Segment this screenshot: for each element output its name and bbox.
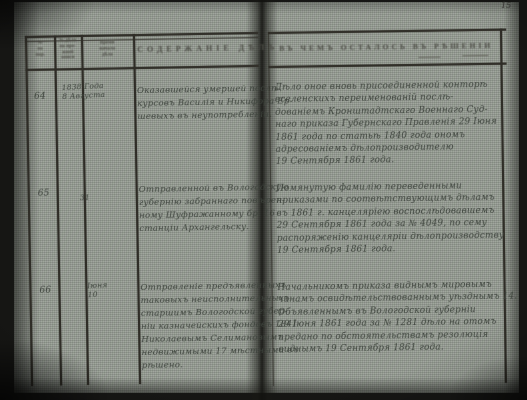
header-sub-mark bbox=[418, 52, 440, 58]
document-photo: 15 №попор. № дѣлапо пре-жнейописи Времян… bbox=[0, 0, 527, 400]
text-line: описи bbox=[55, 55, 80, 61]
entry-resolution: Дѣло оное вновь присоединенной конторѣвс… bbox=[275, 79, 498, 169]
entry-date: 1838 Года8 Августа bbox=[62, 81, 106, 101]
entry-resolution: Начальникомъ приказа виднымъ мировымъчин… bbox=[277, 279, 518, 357]
column-header-number: №попор. bbox=[27, 41, 53, 59]
left-page-table: №попор. № дѣлапо пре-жнейописи Времянача… bbox=[25, 32, 264, 390]
entry-resolution: Помянутую фамилію переведеннымиприказами… bbox=[276, 180, 504, 258]
text-line: пор. bbox=[27, 52, 53, 58]
entry-content: Отправленной въ Вологодскуюгубернію забр… bbox=[139, 181, 290, 236]
text-line: ному Шуфражанному бр. 16 bbox=[139, 207, 289, 223]
text-line: 19 Сентября 1861 года. bbox=[277, 242, 504, 258]
text-line: 8 Августа bbox=[62, 90, 105, 101]
entry-date: Іюня10 bbox=[87, 280, 108, 299]
text-line: виднымъ 19 Сентября 1861 года. bbox=[278, 341, 518, 357]
entry-number: 65 bbox=[38, 189, 50, 199]
text-line: 19 Сентября 1861 года. bbox=[276, 153, 498, 169]
right-page-table: ВЪ ЧЕМЪ ОСТАЛОСЬ ВЪ РѢШЕНІИ Дѣло оное вн… bbox=[268, 29, 511, 390]
header-bottom-rule bbox=[26, 65, 259, 71]
page-number: 15 bbox=[501, 1, 511, 10]
text-line: дѣла bbox=[83, 52, 131, 59]
header-bottom-rule bbox=[268, 63, 506, 68]
entry-number: 64 bbox=[34, 92, 46, 102]
text-line: 10 bbox=[87, 289, 108, 299]
entry-date: 31 bbox=[80, 193, 90, 203]
header-sub-mark bbox=[462, 50, 488, 56]
text-line: станціи Архангельску. bbox=[139, 220, 289, 236]
text-line: 31 bbox=[80, 193, 90, 203]
column-header-old-number: № дѣлапо пре-жнейописи bbox=[55, 38, 80, 62]
column-header-date-started: Времяначаладѣла bbox=[83, 40, 131, 58]
entry-number: 66 bbox=[39, 286, 51, 296]
left-page-title: СОДЕРЖАНІЕ ДѢЛЪ bbox=[137, 43, 278, 54]
